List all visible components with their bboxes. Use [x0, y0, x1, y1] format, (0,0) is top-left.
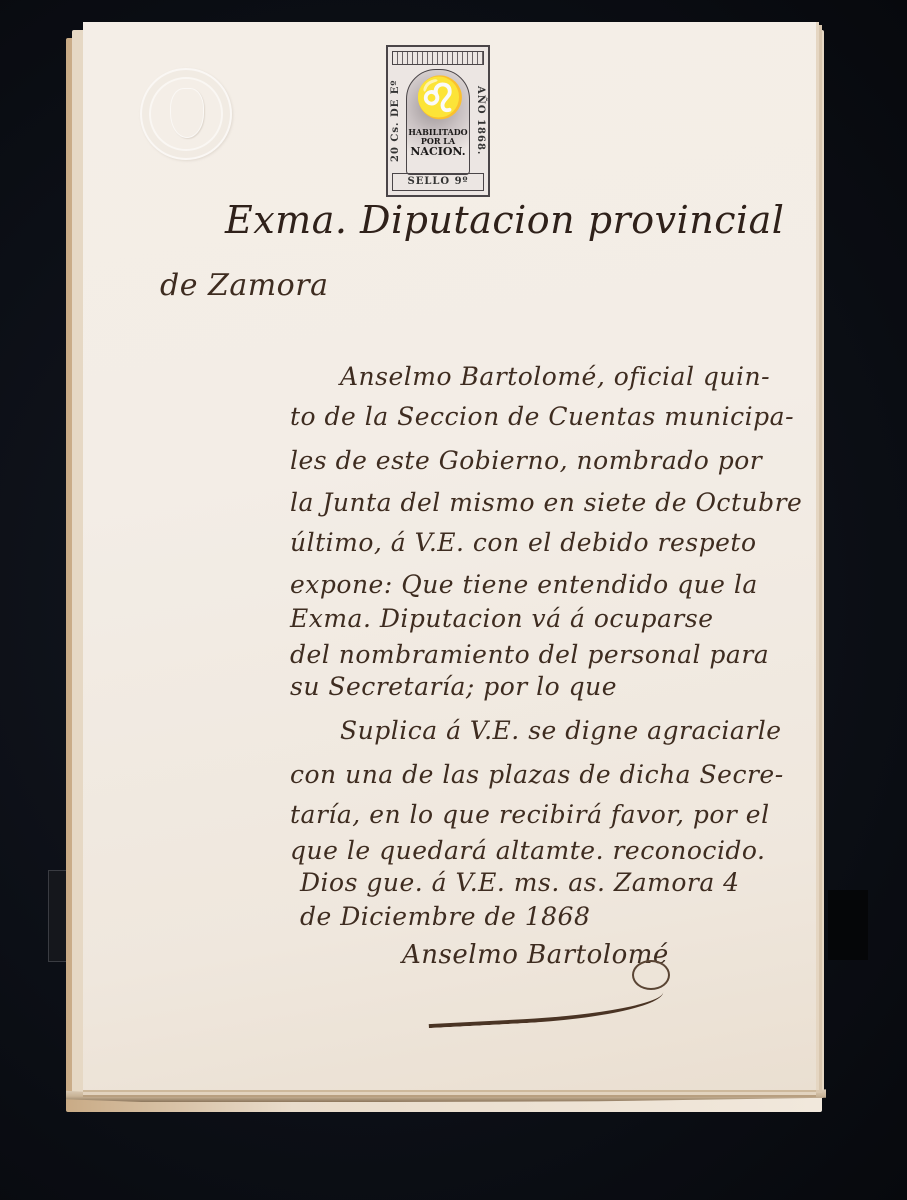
body-line: la Junta del mismo en siete de Octubre: [290, 488, 802, 517]
binder-clip-right: [828, 890, 868, 960]
stamp-ornament: [392, 51, 484, 65]
stamp-value-text: 20 Cs. DE Eº: [390, 69, 404, 173]
body-line: Anselmo Bartolomé, oficial quin-: [340, 362, 770, 391]
stamp-year-text: AÑO 1868.: [472, 69, 486, 173]
embossed-seal-icon: [140, 68, 232, 160]
body-line: to de la Seccion de Cuentas municipa-: [290, 402, 794, 431]
seal-crest-icon: [170, 88, 204, 138]
body-line: expone: Que tiene entendido que la: [290, 570, 758, 599]
body-line: último, á V.E. con el debido respeto: [290, 528, 757, 557]
body-line: su Secretaría; por lo que: [290, 672, 617, 701]
overprint-line: NACION.: [403, 146, 473, 158]
lion-icon: ♌: [415, 78, 465, 118]
body-line: Exma. Diputacion vá á ocuparse: [290, 604, 714, 633]
stamp-vignette: ♌ HABILITADO POR LA NACION.: [406, 69, 470, 175]
body-line: Suplica á V.E. se digne agraciarle: [340, 716, 782, 745]
salutation-location: de Zamora: [160, 268, 328, 303]
body-line: del nombramiento del personal para: [290, 640, 769, 669]
body-line: les de este Gobierno, nombrado por: [290, 446, 762, 475]
body-line: Dios gue. á V.E. ms. as. Zamora 4: [300, 868, 740, 897]
body-line: que le quedará altamte. reconocido.: [290, 836, 766, 865]
body-line: de Diciembre de 1868: [300, 902, 590, 931]
signature-rubric-icon: [632, 960, 670, 990]
stamp-overprint: HABILITADO POR LA NACION.: [403, 128, 473, 158]
salutation: Exma. Diputacion provincial: [225, 198, 784, 242]
body-line: taría, en lo que recibirá favor, por el: [290, 800, 770, 829]
signature: Anselmo Bartolomé: [402, 940, 669, 970]
revenue-stamp: 20 Cs. DE Eº AÑO 1868. ♌ HABILITADO POR …: [386, 45, 490, 197]
body-line: con una de las plazas de dicha Secre-: [290, 760, 784, 789]
stamp-seal-label: SELLO 9º: [392, 173, 484, 191]
